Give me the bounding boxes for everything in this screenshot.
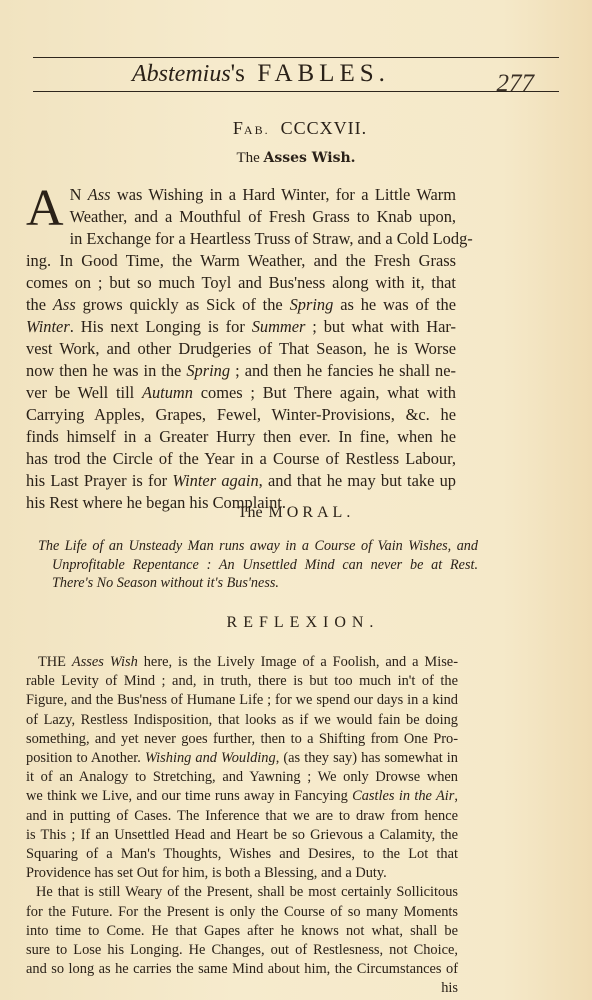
fable-prefix-small: AB.	[244, 123, 270, 137]
italic-text: Summer	[252, 317, 306, 336]
reflexion-line: for the Future. For the Present is only …	[26, 903, 458, 922]
reflexion-line: of Lazy, Restless Indisposition, that lo…	[26, 711, 458, 730]
running-title-possessive: 's	[231, 60, 245, 87]
fable-line: vest Work, and other Drudgeries of That …	[26, 338, 456, 360]
italic-text: Winter again	[172, 471, 258, 490]
italic-text: Wishing and Woulding	[145, 750, 276, 766]
reflexion-line: into time to Come. He that Gapes after h…	[26, 922, 458, 941]
fable-line: now then he was in the Spring ; and then…	[26, 360, 456, 382]
fable-line: Weather, and a Mouthful of Fresh Grass t…	[26, 206, 456, 228]
reflexion-line: and so long as he carries the same Mind …	[26, 960, 458, 979]
moral-line: Unprofitable Repentance : An Unsettled M…	[38, 556, 478, 575]
fable-prefix-large: F	[233, 118, 244, 138]
reflexion-line: we think we Live, and our time runs away…	[26, 787, 458, 806]
reflexion-line: Figure, and the Bus'ness of Humane Life …	[26, 691, 458, 710]
fable-line: comes on ; but so much Toyl and Bus'ness…	[26, 272, 456, 294]
page-number: 277	[497, 70, 535, 98]
fable-title-blackletter: Asses Wish.	[264, 150, 356, 166]
fable-line: ver be Well till Autumn comes ; But Ther…	[26, 382, 456, 404]
reflexion-line: Squaring of a Man's Thoughts, Wishes and…	[26, 845, 458, 864]
fable-line: in Exchange for a Heartless Truss of Str…	[26, 228, 456, 250]
fable-line: Winter. His next Longing is for Summer ;…	[26, 316, 456, 338]
moral-heading-text: MORAL.	[269, 504, 355, 521]
italic-text: Spring	[290, 295, 334, 314]
moral-line: The Life of an Unsteady Man runs away in…	[38, 537, 478, 556]
reflexion-line: is This ; If an Unsettled Head and Heart…	[26, 826, 458, 845]
header-rule-bottom	[33, 91, 559, 92]
moral-heading-the: The	[238, 504, 263, 521]
reflexion-line: and in putting of Cases. The Inference t…	[26, 807, 458, 826]
header-rule-top	[33, 57, 559, 58]
drop-cap: A	[26, 187, 64, 231]
fable-line: ing. In Good Time, the Warm Weather, and…	[26, 250, 456, 272]
fable-line: the Ass grows quickly as Sick of the Spr…	[26, 294, 456, 316]
italic-text: Ass	[88, 185, 111, 204]
moral-text: The Life of an Unsteady Man runs away in…	[38, 537, 478, 593]
fable-line: has trod the Circle of the Year in a Cou…	[26, 448, 456, 470]
running-title-author: Abstemius	[132, 61, 231, 87]
reflexion-line: position to Another. Wishing and Wouldin…	[26, 749, 458, 768]
reflexion-line: He that is still Weary of the Present, s…	[26, 883, 458, 902]
italic-text: Ass	[53, 295, 76, 314]
moral-heading: TheMORAL.	[0, 504, 592, 522]
reflexion-line: something, and yet never goes further, t…	[26, 730, 458, 749]
reflexion-line: sure to Lose his Longing. He Changes, ou…	[26, 941, 458, 960]
moral-line: There's No Season without it's Bus'ness.	[38, 574, 478, 593]
reflexion-text: THE Asses Wish here, is the Lively Image…	[26, 653, 458, 998]
italic-text: Castles in the Air	[352, 788, 454, 804]
reflexion-line: rable Levity of Mind ; and, in truth, th…	[26, 672, 458, 691]
running-title: Abstemius's FABLES.	[132, 60, 390, 88]
reflexion-line: Providence has set Out for him, is both …	[26, 864, 458, 883]
fable-line: finds himself in a Greater Hurry then ev…	[26, 426, 456, 448]
running-head: Abstemius's FABLES. 277	[0, 60, 592, 90]
fable-text: A N Ass was Wishing in a Hard Winter, fo…	[26, 184, 456, 514]
reflexion-heading: REFLEXION.	[0, 614, 592, 632]
catchword: his	[26, 979, 458, 998]
reflexion-line: it of an Analogy to Stretching, and Yawn…	[26, 768, 458, 787]
running-title-main: FABLES.	[257, 60, 389, 87]
fable-line: Carrying Apples, Grapes, Fewel, Winter-P…	[26, 404, 456, 426]
italic-text: Spring	[186, 361, 230, 380]
italic-text: Winter	[26, 317, 70, 336]
fable-line: N Ass was Wishing in a Hard Winter, for …	[26, 184, 456, 206]
fable-line: his Last Prayer is for Winter again, and…	[26, 470, 456, 492]
reflexion-line: THE Asses Wish here, is the Lively Image…	[26, 653, 458, 672]
fable-number: FAB. CCCXVII.	[0, 118, 592, 139]
italic-text: Asses Wish	[72, 654, 138, 670]
fable-title: The Asses Wish.	[0, 150, 592, 167]
fable-title-the: The	[236, 150, 259, 166]
italic-text: Autumn	[142, 383, 193, 402]
fable-roman-numeral: CCCXVII.	[281, 118, 368, 138]
